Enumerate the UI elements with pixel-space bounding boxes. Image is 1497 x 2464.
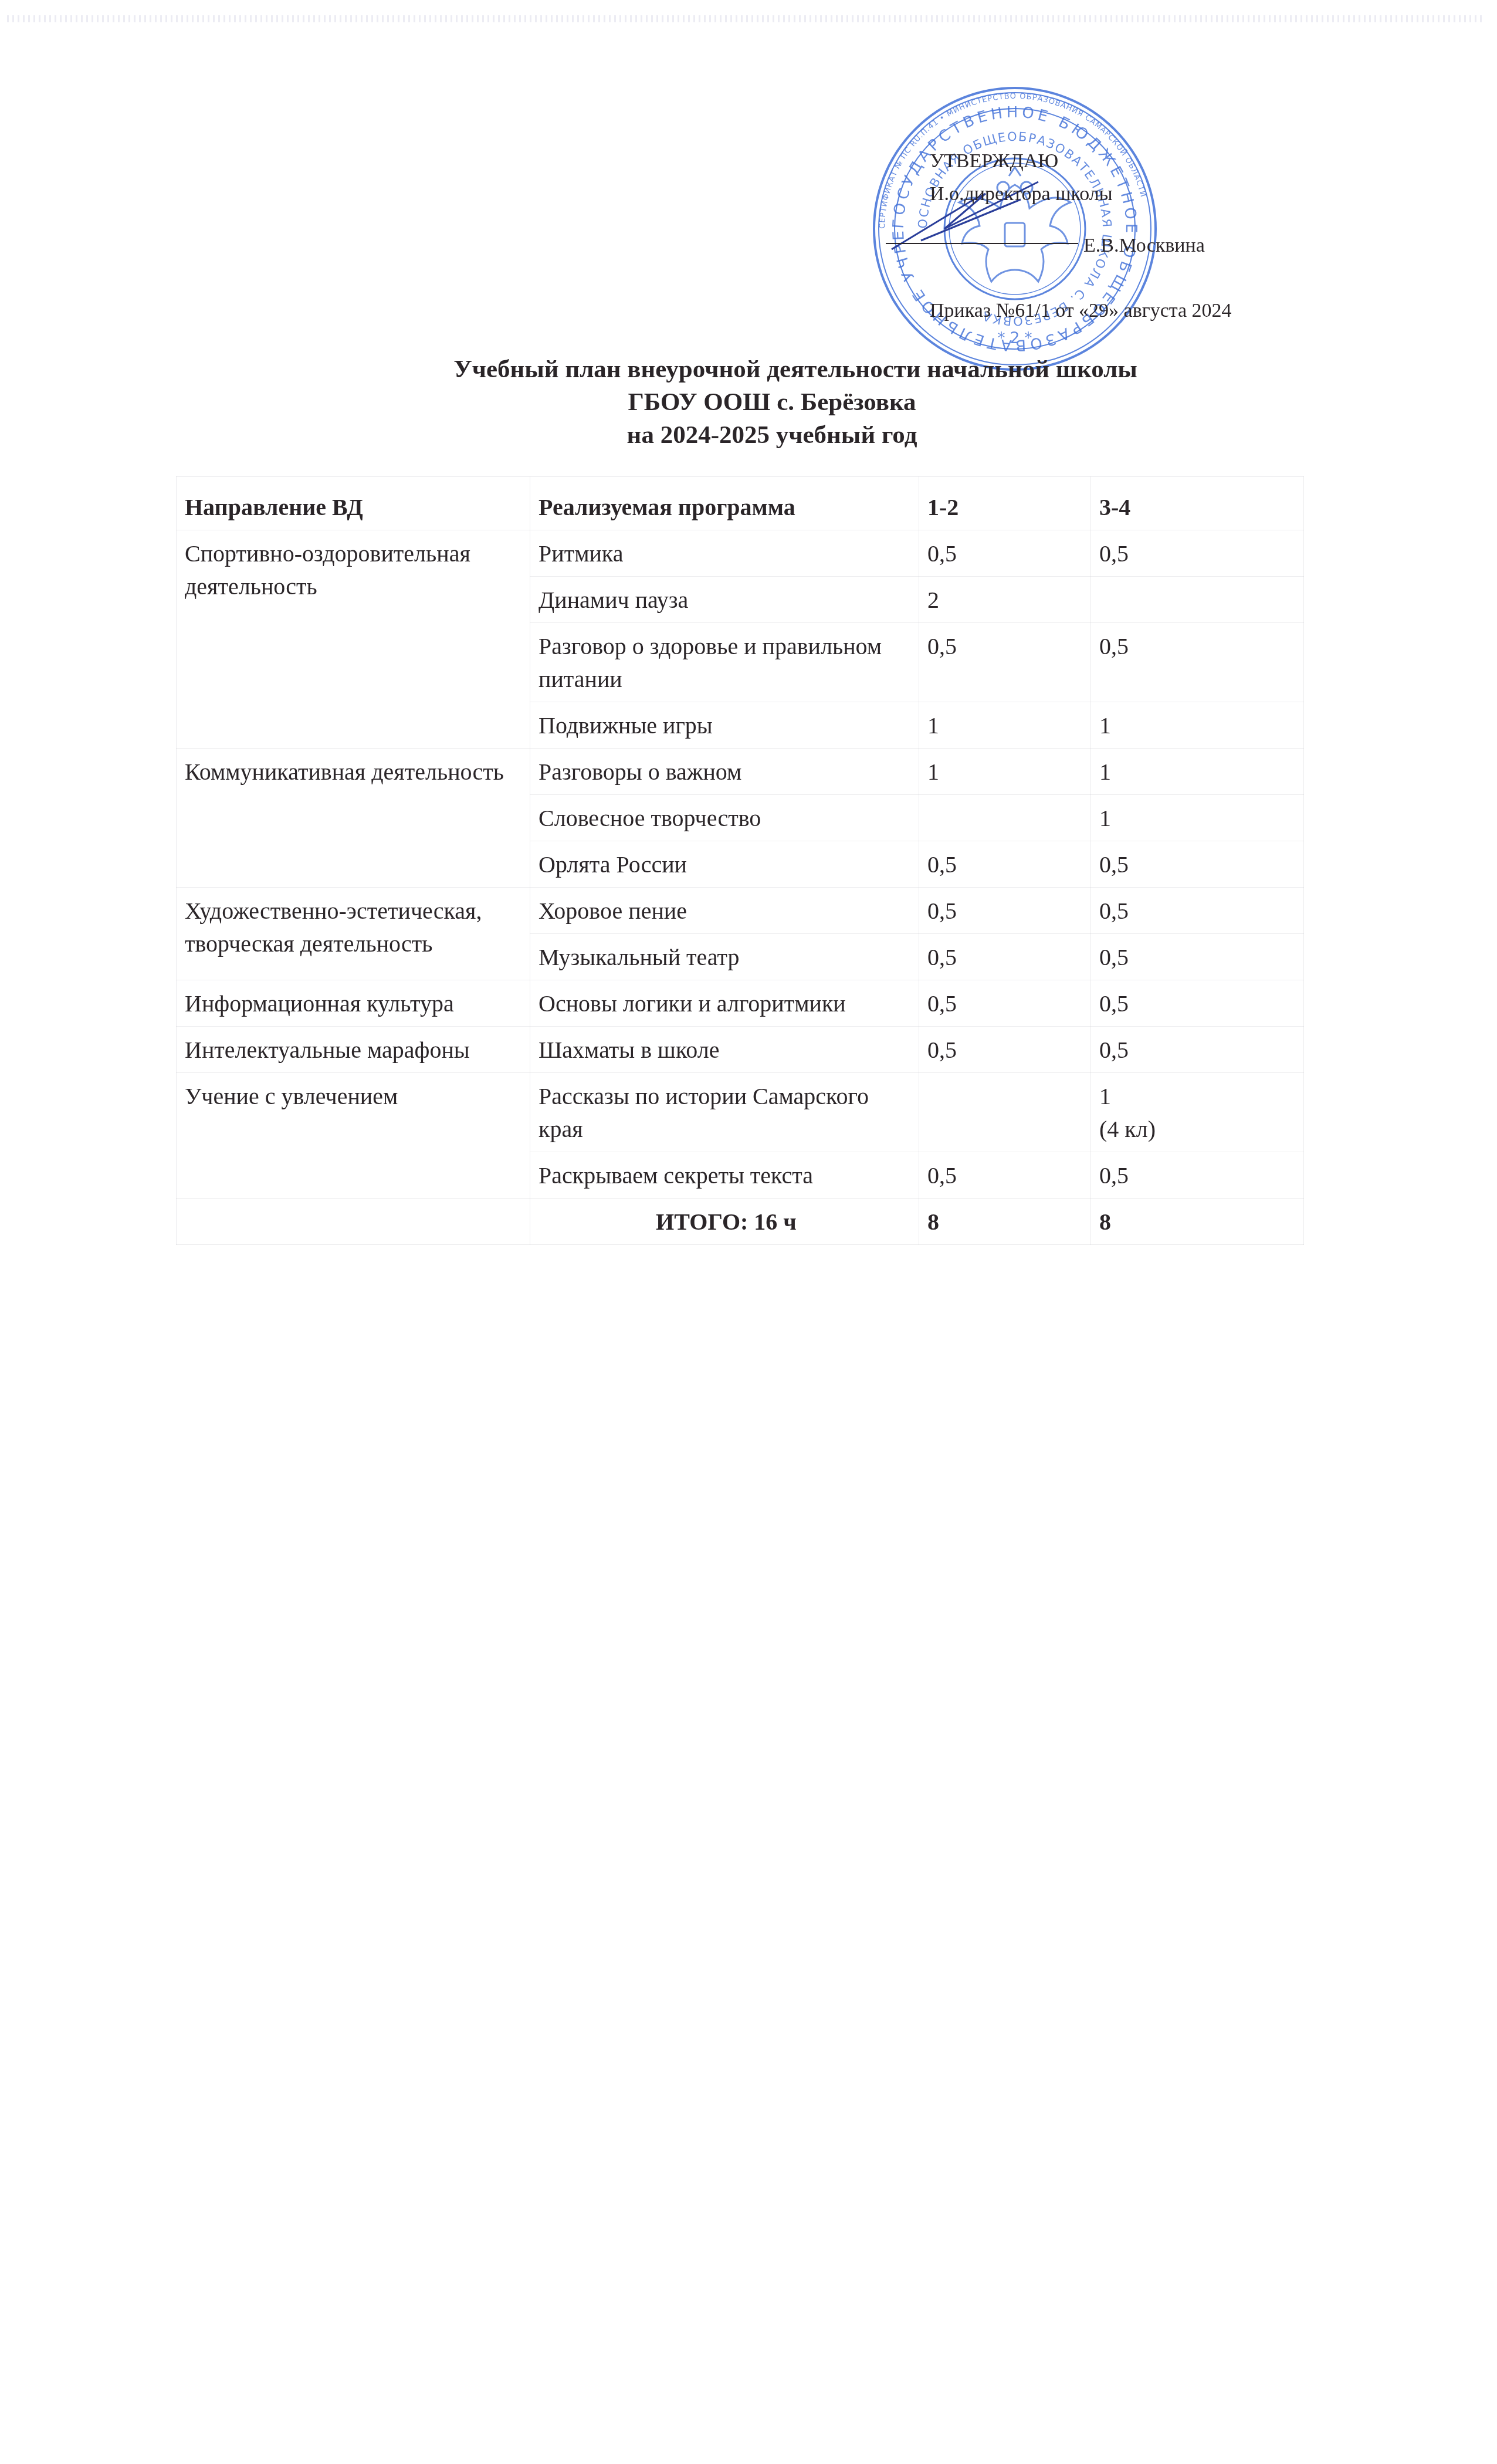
hours-3-4-cell: 1 bbox=[1091, 702, 1304, 749]
hours-3-4-cell: 0,5 bbox=[1091, 934, 1304, 980]
program-cell: Ритмика bbox=[530, 530, 919, 577]
total-empty-cell bbox=[177, 1199, 530, 1245]
total-3-4: 8 bbox=[1091, 1199, 1304, 1245]
program-cell: Шахматы в школе bbox=[530, 1027, 919, 1073]
hours-3-4-cell: 0,5 bbox=[1091, 980, 1304, 1027]
table-header-row: Направление ВД Реализуемая программа 1-2… bbox=[177, 477, 1304, 530]
hours-3-4-cell: 1 bbox=[1091, 749, 1304, 795]
hours-3-4-cell bbox=[1091, 577, 1304, 623]
hours-3-4-cell: 0,5 bbox=[1091, 530, 1304, 577]
signature-line bbox=[886, 243, 1078, 244]
hours-1-2-cell: 0,5 bbox=[919, 980, 1091, 1027]
hours-1-2-cell: 0,5 bbox=[919, 841, 1091, 888]
table-row: Информационная культура Основы логики и … bbox=[177, 980, 1304, 1027]
document-title: Учебный план внеурочной деятельности нач… bbox=[0, 353, 1497, 452]
program-cell: Хоровое пение bbox=[530, 888, 919, 934]
hours-3-4-cell: 0,5 bbox=[1091, 888, 1304, 934]
hours-1-2-cell: 0,5 bbox=[919, 1152, 1091, 1199]
header-grades-3-4: 3-4 bbox=[1091, 477, 1304, 530]
hours-3-4-cell: 0,5 bbox=[1091, 841, 1304, 888]
svg-text:* 2 *: * 2 * bbox=[997, 330, 1032, 347]
direction-cell: Художественно-эстетическая, творческая д… bbox=[177, 888, 530, 980]
approval-order: Приказ №61/1 от «29» августа 2024 bbox=[930, 301, 1232, 321]
hours-1-2-cell bbox=[919, 795, 1091, 841]
hours-3-4-cell: 1 (4 кл) bbox=[1091, 1073, 1304, 1152]
program-cell: Динамич пауза bbox=[530, 577, 919, 623]
hours-1-2-cell: 1 bbox=[919, 749, 1091, 795]
hours-3-4-cell: 0,5 bbox=[1091, 623, 1304, 702]
hours-1-2-cell: 0,5 bbox=[919, 623, 1091, 702]
program-cell: Подвижные игры bbox=[530, 702, 919, 749]
program-cell: Основы логики и алгоритмики bbox=[530, 980, 919, 1027]
total-1-2: 8 bbox=[919, 1199, 1091, 1245]
header-direction: Направление ВД bbox=[177, 477, 530, 530]
hours-3-4-cell: 1 bbox=[1091, 795, 1304, 841]
approval-signatory: Е.В.Москвина bbox=[1083, 236, 1205, 256]
total-label: ИТОГО: 16 ч bbox=[530, 1199, 919, 1245]
direction-cell: Коммуникативная деятельность bbox=[177, 749, 530, 888]
title-line-3: на 2024-2025 учебный год bbox=[23, 419, 1497, 452]
direction-cell: Информационная культура bbox=[177, 980, 530, 1027]
title-line-2: ГБОУ ООШ с. Берёзовка bbox=[23, 386, 1497, 419]
program-cell: Разговор о здоровье и правильном питании bbox=[530, 623, 919, 702]
approval-heading: УТВЕРЖДАЮ bbox=[930, 151, 1058, 171]
hours-1-2-cell: 0,5 bbox=[919, 934, 1091, 980]
hours-1-2-cell: 1 bbox=[919, 702, 1091, 749]
table-row: Коммуникативная деятельность Разговоры о… bbox=[177, 749, 1304, 795]
table-row: Художественно-эстетическая, творческая д… bbox=[177, 888, 1304, 934]
hours-1-2-cell bbox=[919, 1073, 1091, 1152]
table-row: Учение с увлечением Рассказы по истории … bbox=[177, 1073, 1304, 1152]
hours-1-2-cell: 2 bbox=[919, 577, 1091, 623]
curriculum-table: Направление ВД Реализуемая программа 1-2… bbox=[176, 476, 1304, 1245]
program-cell: Рассказы по истории Самарского края bbox=[530, 1073, 919, 1152]
scan-edge-artifact bbox=[7, 15, 1485, 22]
table-total-row: ИТОГО: 16 ч 8 8 bbox=[177, 1199, 1304, 1245]
direction-cell: Учение с увлечением bbox=[177, 1073, 530, 1199]
table-row: Интелектуальные марафоны Шахматы в школе… bbox=[177, 1027, 1304, 1073]
program-cell: Музыкальный театр bbox=[530, 934, 919, 980]
table-row: Спортивно-оздоровительная деятельность Р… bbox=[177, 530, 1304, 577]
program-cell: Разговоры о важном bbox=[530, 749, 919, 795]
program-cell: Раскрываем секреты текста bbox=[530, 1152, 919, 1199]
hours-3-4-cell: 0,5 bbox=[1091, 1152, 1304, 1199]
hours-1-2-cell: 0,5 bbox=[919, 888, 1091, 934]
hours-1-2-cell: 0,5 bbox=[919, 530, 1091, 577]
hours-1-2-cell: 0,5 bbox=[919, 1027, 1091, 1073]
header-program: Реализуемая программа bbox=[530, 477, 919, 530]
approval-position: И.о.директора школы bbox=[930, 184, 1113, 204]
title-line-1: Учебный план внеурочной деятельности нач… bbox=[47, 353, 1497, 386]
direction-cell: Интелектуальные марафоны bbox=[177, 1027, 530, 1073]
program-cell: Словесное творчество bbox=[530, 795, 919, 841]
header-grades-1-2: 1-2 bbox=[919, 477, 1091, 530]
hours-3-4-cell: 0,5 bbox=[1091, 1027, 1304, 1073]
direction-cell: Спортивно-оздоровительная деятельность bbox=[177, 530, 530, 749]
program-cell: Орлята России bbox=[530, 841, 919, 888]
